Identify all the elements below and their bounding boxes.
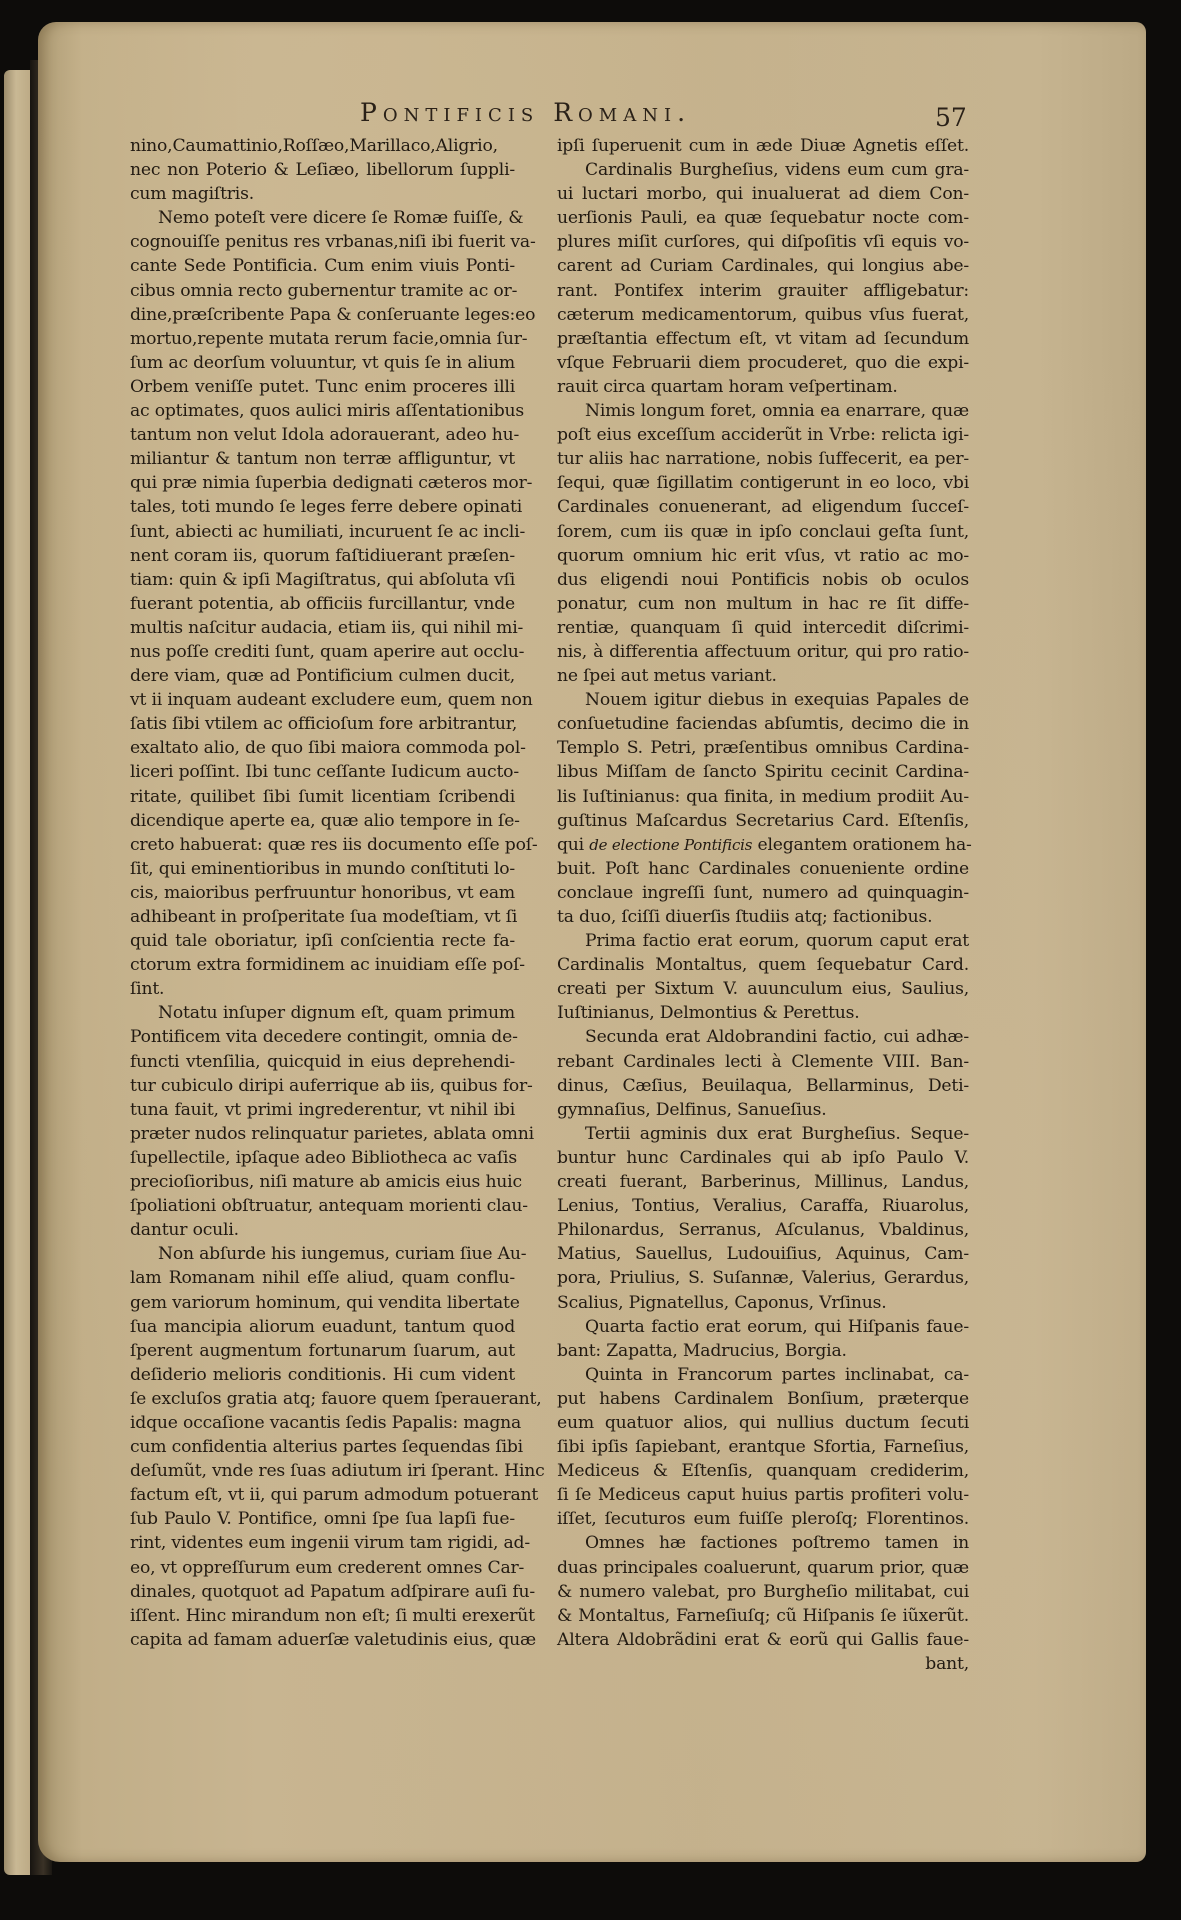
text-line: Altera Aldobrãdini erat & eorũ qui Galli… [557, 1628, 969, 1652]
text-line: plures miſit curſores, qui diſpoſitis vſ… [557, 230, 969, 254]
text-line: miliantur & tantum non terræ affliguntur… [130, 447, 515, 471]
text-line: dus eligendi noui Pontificis nobis ob oc… [557, 568, 969, 592]
text-line: factum eſt, vt ii, qui parum admodum pot… [130, 1483, 515, 1507]
text-line: Scalius, Pignatellus, Caponus, Vrſinus. [557, 1291, 969, 1315]
text-line: ſit, qui eminentioribus in mundo conſtit… [130, 857, 515, 881]
text-line: tuna fauit, vt primi ingrederentur, vt n… [130, 1098, 515, 1122]
text-line: bant: Zapatta, Madrucius, Borgia. [557, 1339, 969, 1363]
text-line: Templo S. Petri, præſentibus omnibus Car… [557, 736, 969, 760]
text-line: Cardinalis Burgheſius, videns eum cum gr… [557, 158, 969, 182]
text-line: ſint. [130, 977, 515, 1001]
text-line: deſiderio melioris conditionis. Hi cum v… [130, 1363, 515, 1387]
text-line: Nemo poteſt vere dicere ſe Romæ fuiſſe, … [130, 206, 515, 230]
text-line: & numero valebat, pro Burgheſio militaba… [557, 1580, 969, 1604]
text-line: ſequi, quæ ſigillatim contigerunt in eo … [557, 471, 969, 495]
text-line: qui de electione Pontificis elegantem or… [557, 833, 969, 857]
text-line: Orbem veniſſe putet. Tunc enim proceres … [130, 375, 515, 399]
italic-title: de electione Pontificis [589, 836, 752, 854]
text-line: ſunt, abiecti ac humiliati, incuruent ſe… [130, 520, 515, 544]
text-line: Lenius, Tontius, Veralius, Caraffa, Riua… [557, 1194, 969, 1218]
text-line: ſorem, cum iis quæ in ipſo conclaui geſt… [557, 520, 969, 544]
text-line: liceri poſſint. Ibi tunc ceſſante Iudicu… [130, 760, 515, 784]
text-line: cæterum medicamentorum, quibus vſus fuer… [557, 303, 969, 327]
text-line: nec non Poterio & Leſiæo, libellorum ſup… [130, 158, 515, 182]
text-line: ui luctari morbo, qui inualuerat ad diem… [557, 182, 969, 206]
text-line: tiam: quin & ipſi Magiſtratus, qui abſol… [130, 568, 515, 592]
text-line: vt ii inquam audeant excludere eum, quem… [130, 688, 515, 712]
text-line: præſtantia effectum eſt, vt vitam ad ſec… [557, 327, 969, 351]
text-line: rauit circa quartam horam veſpertinam. [557, 375, 969, 399]
text-line: tantum non velut Idola adorauerant, adeo… [130, 423, 515, 447]
text-line: vſque Februarii diem procuderet, quo die… [557, 351, 969, 375]
text-line: uerſionis Pauli, ea quæ ſequebatur nocte… [557, 206, 969, 230]
text-line: Tertii agminis dux erat Burgheſius. Sequ… [557, 1122, 969, 1146]
text-line: carent ad Curiam Cardinales, qui longius… [557, 254, 969, 278]
text-line: ſperent augmentum fortunarum ſuarum, aut [130, 1339, 515, 1363]
text-line: dere viam, quæ ad Pontificium culmen duc… [130, 664, 515, 688]
text-line: Nouem igitur diebus in exequias Papales … [557, 688, 969, 712]
text-line: ſub Paulo V. Pontifice, omni ſpe ſua lap… [130, 1507, 515, 1531]
left-text-column: nino,Caumattinio,Roſſæo,Marillaco,Aligri… [130, 134, 515, 1652]
text-line: libus Miſſam de ſancto Spiritu cecinit C… [557, 760, 969, 784]
running-head: Pontificis Romani. [360, 98, 691, 127]
text-line: idque occaſione vacantis ſedis Papalis: … [130, 1411, 515, 1435]
text-line: guſtinus Maſcardus Secretarius Card. Eſt… [557, 809, 969, 833]
text-line: pora, Priulius, S. Suſannæ, Valerius, Ge… [557, 1266, 969, 1290]
text-line: dine,præſcribente Papa & conſeruante leg… [130, 303, 515, 327]
text-line: fuerant potentia, ab officiis furcillant… [130, 592, 515, 616]
text-line: capita ad famam aduerſæ valetudinis eius… [130, 1628, 515, 1652]
text-line: dinus, Cæſius, Beuilaqua, Bellarminus, D… [557, 1074, 969, 1098]
text-line: cante Sede Pontificia. Cum enim viuis Po… [130, 254, 515, 278]
text-line: dicendique aperte ea, quæ alio tempore i… [130, 809, 515, 833]
text-line: Quinta in Francorum partes inclinabat, c… [557, 1363, 969, 1387]
text-line: nus poſſe crediti ſunt, quam aperire aut… [130, 640, 515, 664]
text-line: lis Iuſtinianus: qua finita, in medium p… [557, 785, 969, 809]
text-line: ſibi ipſis ſapiebant, erantque Sfortia, … [557, 1435, 969, 1459]
text-line: iſſent. Hinc mirandum non eſt; ſi multi … [130, 1604, 515, 1628]
text-line: ta duo, ſciſſi diuerſis ſtudiis atq; fac… [557, 905, 969, 929]
text-line: gymnaſius, Delfinus, Sanueſius. [557, 1098, 969, 1122]
text-line: ſatis ſibi vtilem ac officioſum fore arb… [130, 712, 515, 736]
text-line: Notatu inſuper dignum eſt, quam primum [130, 1001, 515, 1025]
text-line: Iuſtinianus, Delmontius & Perettus. [557, 1001, 969, 1025]
text-line: rentiæ, quanquam ſi quid intercedit diſc… [557, 616, 969, 640]
text-line: ritate, quilibet ſibi ſumit licentiam ſc… [130, 785, 515, 809]
text-line: dinales, quotquot ad Papatum adſpirare a… [130, 1580, 515, 1604]
text-line: cognouiſſe penitus res vrbanas,niſi ibi … [130, 230, 515, 254]
text-line: tur cubiculo diripi auferrique ab iis, q… [130, 1074, 515, 1098]
text-line: Prima factio erat eorum, quorum caput er… [557, 929, 969, 953]
text-line: Pontificem vita decedere contingit, omni… [130, 1025, 515, 1049]
text-line: lam Romanam nihil eſſe aliud, quam confl… [130, 1266, 515, 1290]
text-line: adhibeant in proſperitate ſua modeſtiam,… [130, 905, 515, 929]
text-line: Nimis longum foret, omnia ea enarrare, q… [557, 399, 969, 423]
text-line: deſumũt, vnde res ſuas adiutum iri ſpera… [130, 1459, 515, 1483]
text-line: & Montaltus, Farneſiuſq; cũ Hiſpanis ſe … [557, 1604, 969, 1628]
text-line: Matius, Sauellus, Ludouiſius, Aquinus, C… [557, 1242, 969, 1266]
text-line: qui præ nimia ſuperbia dedignati cæteros… [130, 471, 515, 495]
text-line: ctorum extra formidinem ac inuidiam eſſe… [130, 953, 515, 977]
text-line: nis, à differentia affectuum oritur, qui… [557, 640, 969, 664]
text-line: poſt eius exceſſum acciderũt in Vrbe: re… [557, 423, 969, 447]
text-line: quorum omnium hic erit vſus, vt ratio ac… [557, 544, 969, 568]
text-line: multis naſcitur audacia, etiam iis, qui … [130, 616, 515, 640]
text-line: ponatur, cum non multum in hac re ſit di… [557, 592, 969, 616]
text-line: ac optimates, quos aulici miris aſſentat… [130, 399, 515, 423]
text-line: Philonardus, Serranus, Aſculanus, Vbaldi… [557, 1218, 969, 1242]
text-line: creati per Sixtum V. auunculum eius, Sau… [557, 977, 969, 1001]
page-number: 57 [935, 103, 967, 132]
text-line: Secunda erat Aldobrandini factio, cui ad… [557, 1025, 969, 1049]
text-line: ne ſpei aut metus variant. [557, 664, 969, 688]
text-line: Mediceus & Eſtenſis, quanquam crediderim… [557, 1459, 969, 1483]
text-line: buit. Poſt hanc Cardinales conueniente o… [557, 857, 969, 881]
text-line: put habens Cardinalem Bonſium, præterque [557, 1387, 969, 1411]
text-line: gem variorum hominum, qui vendita libert… [130, 1291, 515, 1315]
text-line: creto habuerat: quæ res iis documento eſ… [130, 833, 515, 857]
text-line: conclaue ingreſſi ſunt, numero ad quinqu… [557, 881, 969, 905]
text-line: Cardinalis Montaltus, quem ſequebatur Ca… [557, 953, 969, 977]
text-line: ſpoliationi obſtruatur, antequam morient… [130, 1194, 515, 1218]
text-line: Quarta factio erat eorum, qui Hiſpanis f… [557, 1315, 969, 1339]
text-line: conſuetudine faciendas abſumtis, decimo … [557, 712, 969, 736]
text-line: ſum ac deorſum voluuntur, vt quis ſe in … [130, 351, 515, 375]
text-line: rant. Pontifex interim grauiter affligeb… [557, 279, 969, 303]
text-line: Omnes hæ factiones poſtremo tamen in [557, 1531, 969, 1555]
text-line: ſua mancipia aliorum euadunt, tantum quo… [130, 1315, 515, 1339]
text-line: nent coram iis, quorum faſtidiuerant præ… [130, 544, 515, 568]
text-line: tales, toti mundo ſe leges ferre debere … [130, 495, 515, 519]
text-line: cibus omnia recto gubernentur tramite ac… [130, 279, 515, 303]
text-line: creati fuerant, Barberinus, Millinus, La… [557, 1170, 969, 1194]
text-line: Non abſurde his iungemus, curiam ſiue Au… [130, 1242, 515, 1266]
text-line: ſupellectile, ipſaque adeo Bibliotheca a… [130, 1146, 515, 1170]
text-line: rint, videntes eum ingenii virum tam rig… [130, 1531, 515, 1555]
text-line: buntur hunc Cardinales qui ab ipſo Paulo… [557, 1146, 969, 1170]
text-line: ſe excluſos gratia atq; fauore quem ſper… [130, 1387, 515, 1411]
text-line: mortuo,repente mutata rerum facie,omnia … [130, 327, 515, 351]
text-line: exaltato alio, de quo ſibi maiora commod… [130, 736, 515, 760]
text-line: ipſi ſuperuenit cum in æde Diuæ Agnetis … [557, 134, 969, 158]
text-line: rebant Cardinales lecti à Clemente VIII.… [557, 1050, 969, 1074]
text-line: cis, maioribus perfruuntur honoribus, vt… [130, 881, 515, 905]
text-line: cum confidentia alterius partes ſequenda… [130, 1435, 515, 1459]
text-line: quid tale oboriatur, ipſi conſcientia re… [130, 929, 515, 953]
text-line: Cardinales conuenerant, ad eligendum ſuc… [557, 495, 969, 519]
text-line: precioſioribus, niſi mature ab amicis ei… [130, 1170, 515, 1194]
text-line: bant, [557, 1652, 969, 1676]
right-text-column: ipſi ſuperuenit cum in æde Diuæ Agnetis … [557, 134, 969, 1676]
text-line: eo, vt oppreſſurum eum crederent omnes C… [130, 1556, 515, 1580]
text-line: nino,Caumattinio,Roſſæo,Marillaco,Aligri… [130, 134, 515, 158]
text-line: ſi ſe Mediceus caput huius partis profit… [557, 1483, 969, 1507]
text-line: dantur oculi. [130, 1218, 515, 1242]
text-line: tur aliis hac narratione, nobis ſuffecer… [557, 447, 969, 471]
text-line: functi vtenſilia, quicquid in eius depre… [130, 1050, 515, 1074]
text-line: præter nudos relinquatur parietes, ablat… [130, 1122, 515, 1146]
text-line: cum magiſtris. [130, 182, 515, 206]
text-line: eum quatuor alios, qui nullius ductum ſe… [557, 1411, 969, 1435]
text-line: iſſet, ſecuturos eum fuiſſe pleroſq; Flo… [557, 1507, 969, 1531]
text-line: duas principales coaluerunt, quarum prio… [557, 1556, 969, 1580]
